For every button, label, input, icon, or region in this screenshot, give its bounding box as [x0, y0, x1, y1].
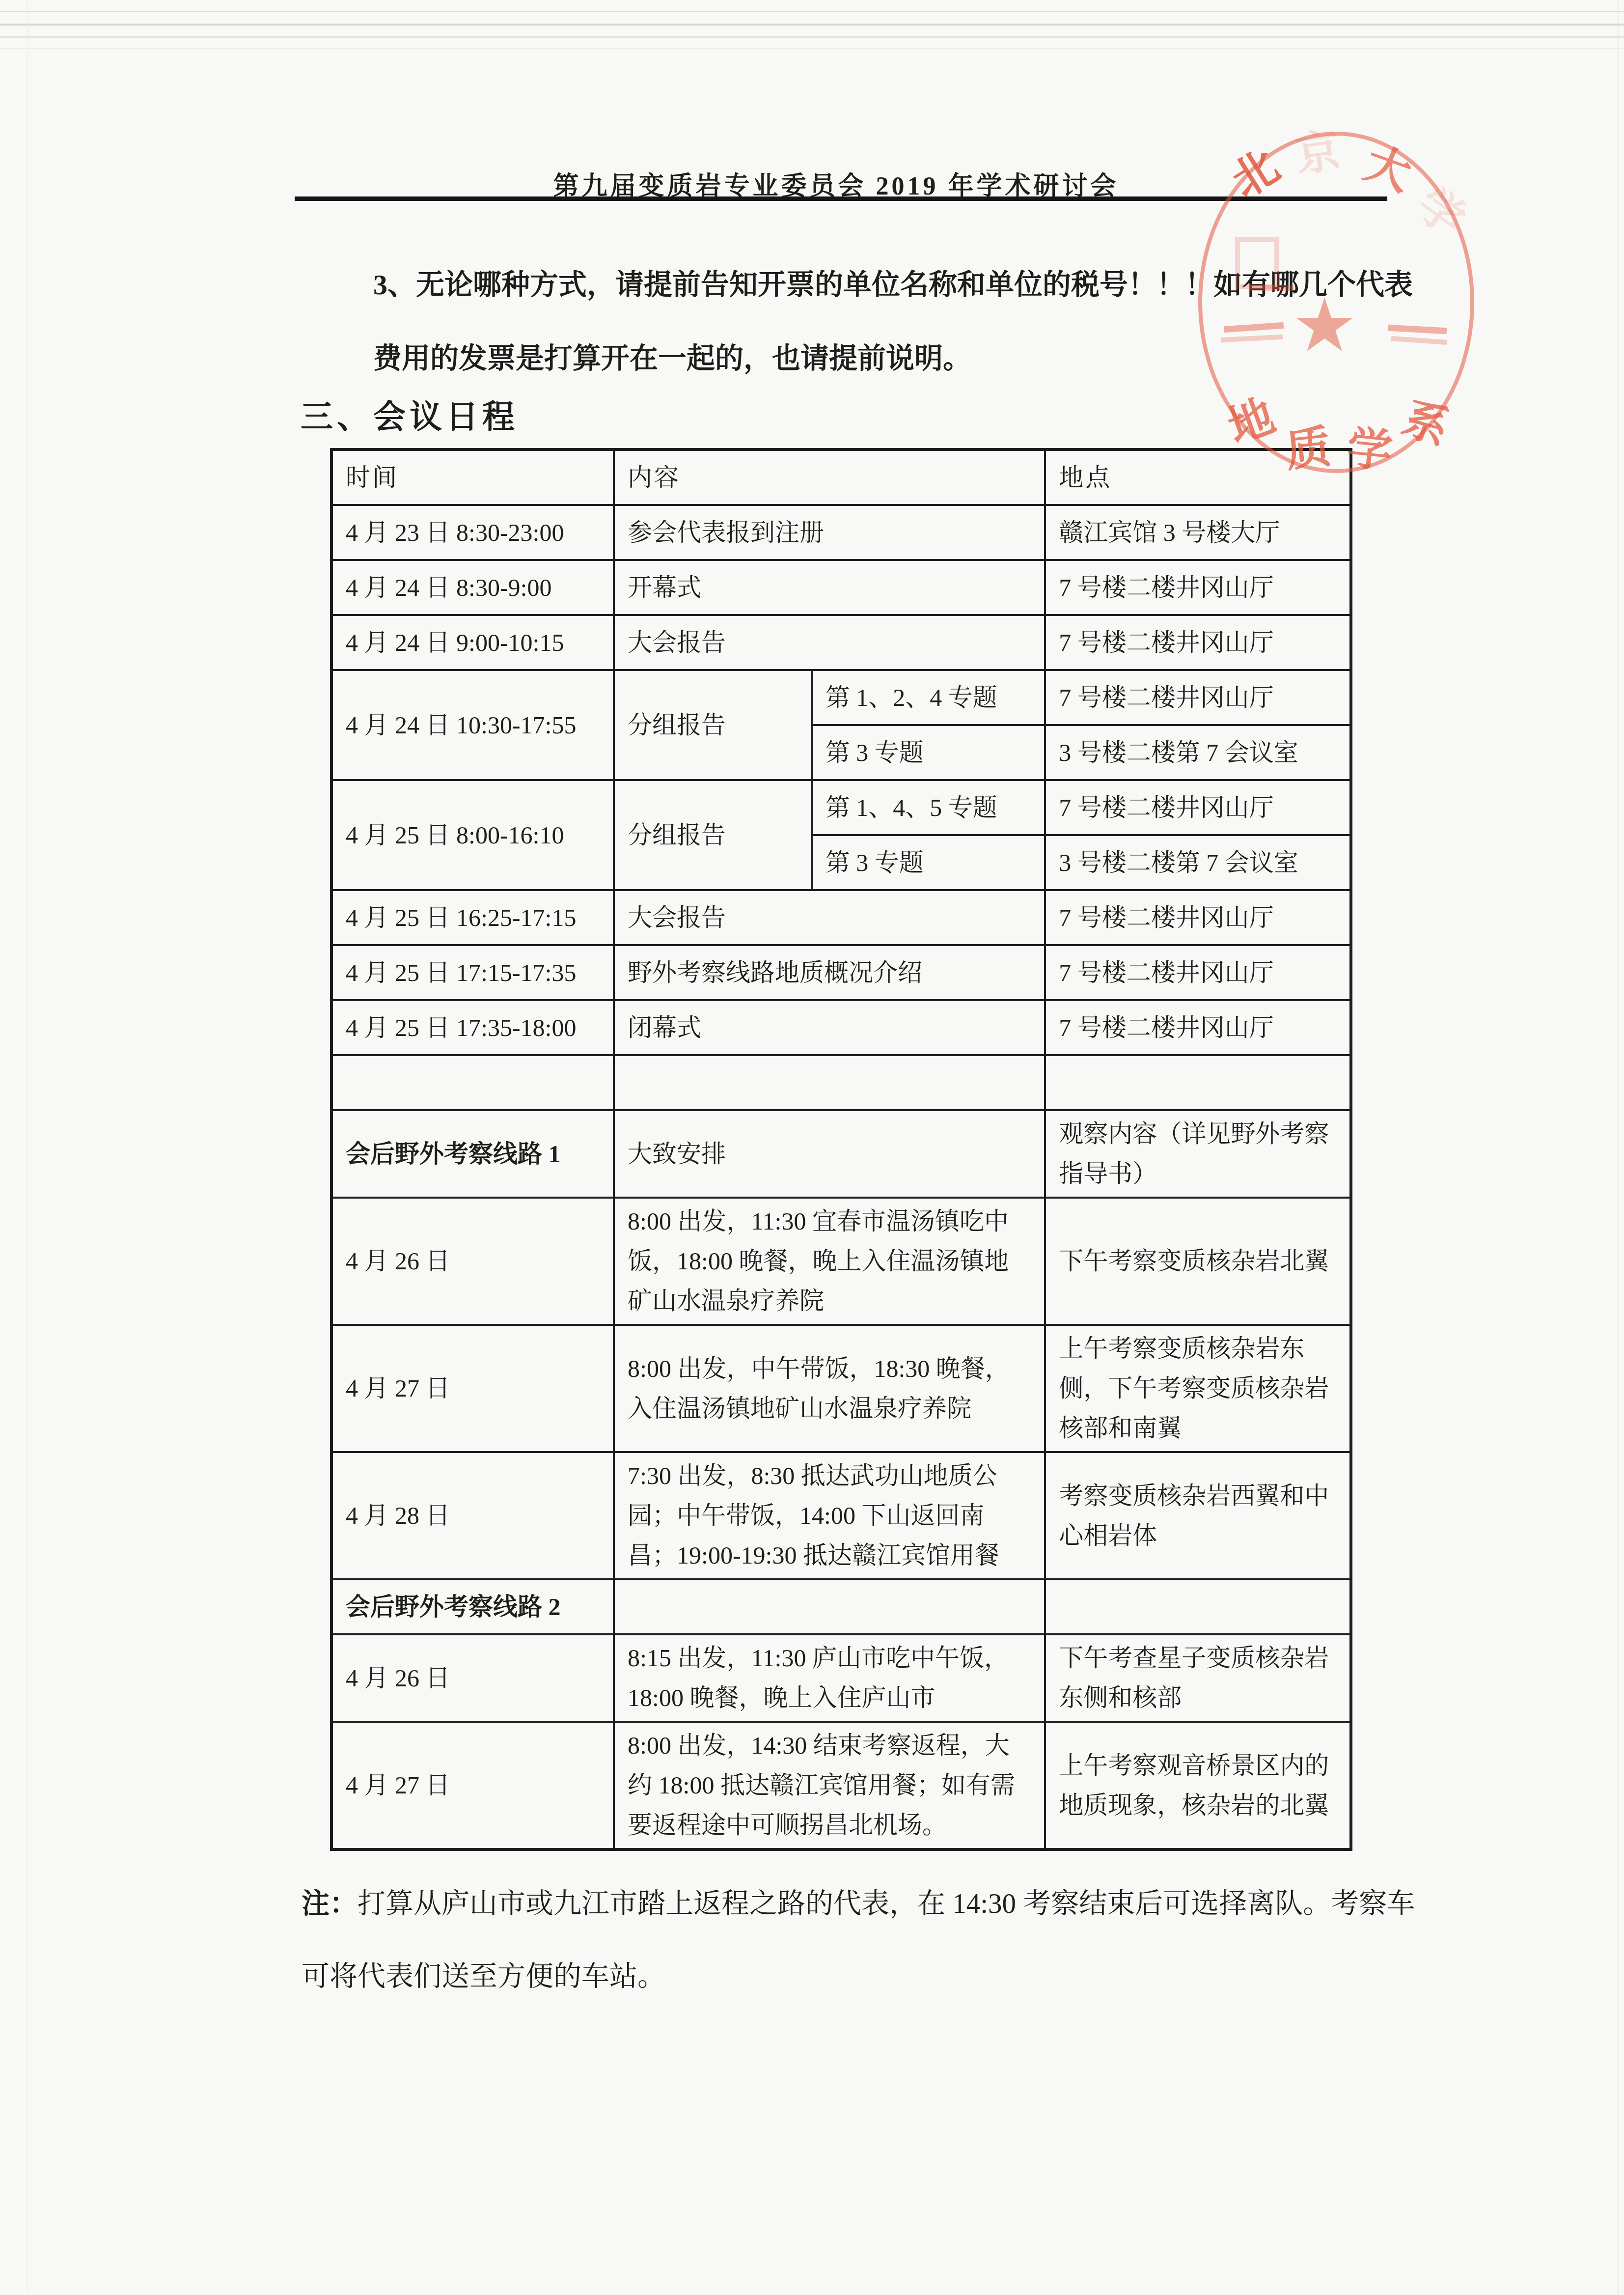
cell-content: 大会报告 — [614, 890, 1045, 945]
stamp-char: 学 — [1409, 181, 1473, 244]
table-row: 4 月 28 日 7:30 出发，8:30 抵达武功山地质公园；中午带饭，14:… — [331, 1452, 1351, 1579]
cell-content: 7:30 出发，8:30 抵达武功山地质公园；中午带饭，14:00 下山返回南昌… — [614, 1452, 1045, 1579]
cell-location: 下午考察变质核杂岩北翼 — [1045, 1198, 1351, 1325]
cell-content: 参会代表报到注册 — [614, 505, 1045, 560]
cell-time: 4 月 25 日 17:35-18:00 — [331, 1000, 614, 1055]
cell-time: 4 月 25 日 16:25-17:15 — [331, 890, 614, 945]
table-row: 会后野外考察线路 2 — [331, 1579, 1351, 1634]
cell-location: 7 号楼二楼井冈山厅 — [1045, 945, 1351, 1000]
cell-topic: 第 1、4、5 专题 — [812, 780, 1045, 835]
cell-time: 4 月 26 日 — [331, 1198, 614, 1325]
cell-content: 野外考察线路地质概况介绍 — [614, 945, 1045, 1000]
table-row: 4 月 26 日 8:00 出发，11:30 宜春市温汤镇吃中饭，18:00 晚… — [331, 1198, 1351, 1325]
table-row: 4 月 25 日 8:00-16:10 分组报告 第 1、4、5 专题 7 号楼… — [331, 780, 1351, 835]
cell-location: 7 号楼二楼井冈山厅 — [1045, 780, 1351, 835]
stamp-char: 系 — [1397, 394, 1455, 452]
invoice-note: 3、无论哪种方式，请提前告知开票的单位名称和单位的税号！！！如有哪几个代表 费用… — [373, 248, 1413, 395]
cell-time: 4 月 24 日 9:00-10:15 — [331, 615, 614, 670]
stamp-char: 地 — [1222, 393, 1280, 451]
cell-time: 4 月 24 日 8:30-9:00 — [331, 560, 614, 615]
cell-location — [1045, 1579, 1351, 1634]
table-row: 4 月 27 日 8:00 出发，中午带饭，18:30 晚餐，入住温汤镇地矿山水… — [331, 1325, 1351, 1452]
cell-location: 7 号楼二楼井冈山厅 — [1045, 670, 1351, 725]
table-row: 4 月 24 日 9:00-10:15 大会报告 7 号楼二楼井冈山厅 — [331, 615, 1351, 670]
section-heading: 三、会议日程 — [301, 391, 519, 437]
cell-location: 观察内容（详见野外考察指导书） — [1045, 1110, 1351, 1198]
cell-content: 开幕式 — [614, 560, 1045, 615]
scan-artifact-line — [0, 24, 1624, 26]
cell-location: 上午考察观音桥景区内的地质现象，核杂岩的北翼 — [1045, 1722, 1351, 1849]
cell-content: 8:00 出发，中午带饭，18:30 晚餐，入住温汤镇地矿山水温泉疗养院 — [614, 1325, 1045, 1452]
cell-content: 分组报告 — [614, 670, 812, 780]
scan-artifact-line — [0, 36, 1624, 38]
cell-location: 7 号楼二楼井冈山厅 — [1045, 615, 1351, 670]
cell-time: 4 月 27 日 — [331, 1325, 614, 1452]
cell-content: 大会报告 — [614, 615, 1045, 670]
table-row: 4 月 26 日 8:15 出发，11:30 庐山市吃中午饭，18:00 晚餐，… — [331, 1634, 1351, 1722]
footnote-text: 打算从庐山市或九江市踏上返程之路的代表，在 14:30 考察结束后可选择离队。考… — [358, 1888, 1415, 1919]
cell-content: 大致安排 — [614, 1110, 1045, 1198]
cell-content: 分组报告 — [614, 780, 812, 890]
cell-time: 4 月 23 日 8:30-23:00 — [331, 505, 614, 560]
table-row: 4 月 24 日 8:30-9:00 开幕式 7 号楼二楼井冈山厅 — [331, 560, 1351, 615]
cell-time: 会后野外考察线路 2 — [331, 1579, 614, 1634]
cell-time: 4 月 25 日 17:15-17:35 — [331, 945, 614, 1000]
cell-content — [614, 1055, 1045, 1110]
cell-time: 4 月 24 日 10:30-17:55 — [331, 670, 614, 780]
cell-location: 7 号楼二楼井冈山厅 — [1045, 890, 1351, 945]
table-row: 4 月 25 日 17:15-17:35 野外考察线路地质概况介绍 7 号楼二楼… — [331, 945, 1351, 1000]
cell-content: 8:15 出发，11:30 庐山市吃中午饭，18:00 晚餐，晚上入住庐山市 — [614, 1634, 1045, 1722]
cell-location: 3 号楼二楼第 7 会议室 — [1045, 725, 1351, 780]
footnote: 注：打算从庐山市或九江市踏上返程之路的代表，在 14:30 考察结束后可选择离队… — [302, 1868, 1505, 2013]
invoice-note-line-2: 费用的发票是打算开在一起的，也请提前说明。 — [373, 322, 1413, 395]
cell-time: 4 月 25 日 8:00-16:10 — [331, 780, 614, 890]
cell-topic: 第 3 专题 — [812, 835, 1045, 890]
header-rule — [295, 196, 1387, 201]
cell-time: 4 月 28 日 — [331, 1452, 614, 1579]
cell-location: 考察变质核杂岩西翼和中心相岩体 — [1045, 1452, 1351, 1579]
cell-content: 8:00 出发，14:30 结束考察返程，大约 18:00 抵达赣江宾馆用餐；如… — [614, 1722, 1045, 1849]
cell-location — [1045, 1055, 1351, 1110]
footnote-line-2: 可将代表们送至方便的车站。 — [302, 1940, 1505, 2013]
schedule-table: 时间 内容 地点 4 月 23 日 8:30-23:00 参会代表报到注册 赣江… — [330, 448, 1352, 1851]
cell-location: 上午考察变质核杂岩东侧，下午考察变质核杂岩核部和南翼 — [1045, 1325, 1351, 1452]
table-row: 4 月 23 日 8:30-23:00 参会代表报到注册 赣江宾馆 3 号楼大厅 — [331, 505, 1351, 560]
header-cell-time: 时间 — [331, 449, 614, 505]
scan-artifact-edge — [27, 0, 28, 2295]
cell-time — [331, 1055, 614, 1110]
table-row: 会后野外考察线路 1 大致安排 观察内容（详见野外考察指导书） — [331, 1110, 1351, 1198]
scan-artifact-line — [0, 48, 1624, 49]
cell-location: 7 号楼二楼井冈山厅 — [1045, 1000, 1351, 1055]
table-row: 4 月 27 日 8:00 出发，14:30 结束考察返程，大约 18:00 抵… — [331, 1722, 1351, 1849]
header-cell-content: 内容 — [614, 449, 1045, 505]
table-row: 4 月 25 日 16:25-17:15 大会报告 7 号楼二楼井冈山厅 — [331, 890, 1351, 945]
scan-artifact-line — [0, 11, 1624, 12]
cell-location: 3 号楼二楼第 7 会议室 — [1045, 835, 1351, 890]
invoice-note-line-1: 3、无论哪种方式，请提前告知开票的单位名称和单位的税号！！！如有哪几个代表 — [373, 248, 1413, 322]
table-header-row: 时间 内容 地点 — [331, 449, 1351, 505]
cell-location: 7 号楼二楼井冈山厅 — [1045, 560, 1351, 615]
cell-time: 4 月 26 日 — [331, 1634, 614, 1722]
cell-content: 8:00 出发，11:30 宜春市温汤镇吃中饭，18:00 晚餐，晚上入住温汤镇… — [614, 1198, 1045, 1325]
cell-time: 会后野外考察线路 1 — [331, 1110, 614, 1198]
schedule-section: 时间 内容 地点 4 月 23 日 8:30-23:00 参会代表报到注册 赣江… — [330, 448, 1352, 2013]
table-row-empty — [331, 1055, 1351, 1110]
header-cell-location: 地点 — [1045, 449, 1351, 505]
table-row: 4 月 25 日 17:35-18:00 闭幕式 7 号楼二楼井冈山厅 — [331, 1000, 1351, 1055]
cell-time: 4 月 27 日 — [331, 1722, 614, 1849]
cell-location: 下午考查星子变质核杂岩东侧和核部 — [1045, 1634, 1351, 1722]
footnote-line-1: 注：打算从庐山市或九江市踏上返程之路的代表，在 14:30 考察结束后可选择离队… — [302, 1868, 1505, 1940]
footnote-prefix: 注： — [302, 1888, 358, 1919]
scan-artifact-edge — [1618, 0, 1619, 2295]
table-row: 4 月 24 日 10:30-17:55 分组报告 第 1、2、4 专题 7 号… — [331, 670, 1351, 725]
cell-topic: 第 1、2、4 专题 — [812, 670, 1045, 725]
cell-content — [614, 1579, 1045, 1634]
scanned-page: 第九届变质岩专业委员会 2019 年学术研讨会 北 京 大 学 ★ 地 质 学 … — [0, 0, 1624, 2295]
cell-topic: 第 3 专题 — [812, 725, 1045, 780]
cell-content: 闭幕式 — [614, 1000, 1045, 1055]
cell-location: 赣江宾馆 3 号楼大厅 — [1045, 505, 1351, 560]
